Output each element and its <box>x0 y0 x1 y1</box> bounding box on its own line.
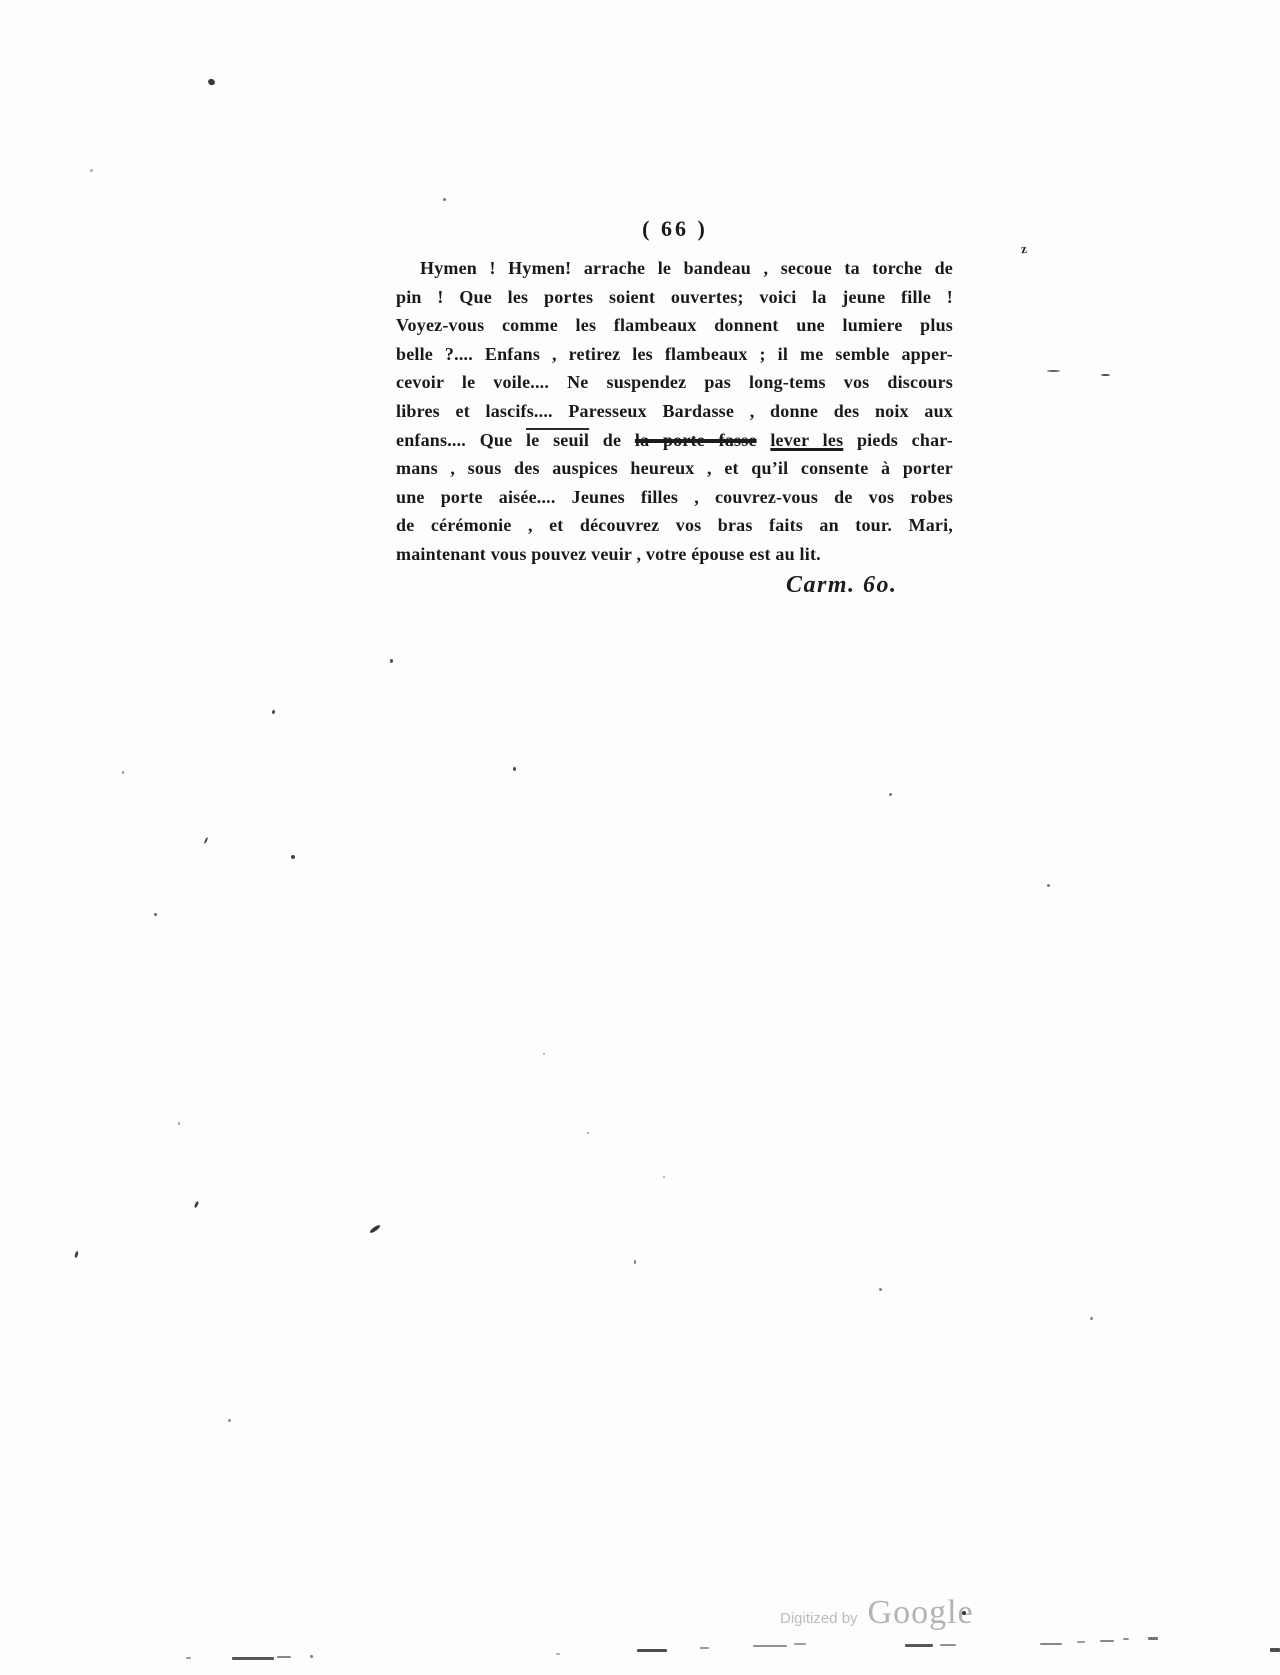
scan-dash <box>637 1649 667 1652</box>
text-line: pin ! Que les portes soient ouvertes; vo… <box>396 283 953 312</box>
ink-speck <box>513 767 516 771</box>
ink-speck <box>543 1053 545 1055</box>
ink-speck <box>272 710 276 715</box>
page-number: ( 66 ) <box>600 216 750 242</box>
ink-speck <box>369 1224 381 1234</box>
scan-dash <box>794 1643 806 1645</box>
ink-speck <box>889 793 892 796</box>
scan-dash <box>277 1656 291 1658</box>
ink-speck <box>634 1260 636 1264</box>
scan-dash <box>905 1644 933 1647</box>
digitized-by-label: Digitized by <box>780 1610 858 1627</box>
ink-speck <box>663 1176 665 1178</box>
text-line: enfans.... Que le seuil de la porte fass… <box>396 426 953 455</box>
scan-dash <box>1100 1640 1114 1642</box>
ink-speck <box>1047 370 1060 372</box>
ink-speck <box>443 198 446 201</box>
scan-dash <box>310 1655 313 1658</box>
ink-speck <box>587 1132 589 1134</box>
ink-speck <box>1090 1317 1093 1320</box>
ink-speck <box>74 1251 79 1259</box>
scan-dash <box>186 1657 191 1659</box>
scan-dash <box>753 1645 787 1647</box>
body-paragraph: Hymen ! Hymen! arrache le bandeau , seco… <box>396 254 953 569</box>
scan-dash <box>1040 1643 1062 1645</box>
scanned-page: ( 66 ) z Hymen ! Hymen! arrache le bande… <box>0 0 1280 1675</box>
ink-speck <box>204 837 209 844</box>
ink-speck <box>90 169 93 172</box>
ink-speck <box>207 78 216 87</box>
text-line: mans , sous des auspices heureux , et qu… <box>396 454 953 483</box>
scan-dash <box>1270 1648 1280 1652</box>
ink-speck <box>122 771 124 774</box>
ink-speck <box>178 1122 180 1125</box>
ink-speck <box>228 1419 231 1422</box>
text-line: de cérémonie , et découvrez vos bras fai… <box>396 511 953 540</box>
ink-speck <box>194 1201 200 1209</box>
google-logo: Google <box>868 1594 974 1632</box>
attribution: Carm. 6o. <box>786 572 898 599</box>
margin-mark: z <box>1020 241 1027 257</box>
ink-speck <box>291 855 295 859</box>
watermark: Digitized by Google <box>780 1594 974 1632</box>
ink-speck <box>1101 374 1110 376</box>
scan-dash <box>1148 1637 1158 1640</box>
ink-speck <box>390 659 393 663</box>
text-line: une porte aisée.... Jeunes filles , couv… <box>396 483 953 512</box>
scan-dash <box>1123 1638 1129 1640</box>
ink-speck <box>962 1611 966 1615</box>
text-line: Hymen ! Hymen! arrache le bandeau , seco… <box>396 254 953 283</box>
ink-speck <box>1047 884 1050 887</box>
text-line: belle ?.... Enfans , retirez les flambea… <box>396 340 953 369</box>
ink-speck <box>879 1288 882 1291</box>
scan-dash <box>556 1653 560 1655</box>
text-line: cevoir le voile.... Ne suspendez pas lon… <box>396 368 953 397</box>
scan-dash <box>940 1644 956 1646</box>
scan-dash <box>700 1647 709 1649</box>
ink-speck <box>154 913 157 916</box>
scan-dash <box>1077 1641 1085 1643</box>
text-line: libres et lascifs.... Paresseux Bardasse… <box>396 397 953 426</box>
text-line: maintenant vous pouvez veuir , votre épo… <box>396 540 953 569</box>
text-line: Voyez-vous comme les flambeaux donnent u… <box>396 311 953 340</box>
scan-dash <box>232 1657 274 1660</box>
